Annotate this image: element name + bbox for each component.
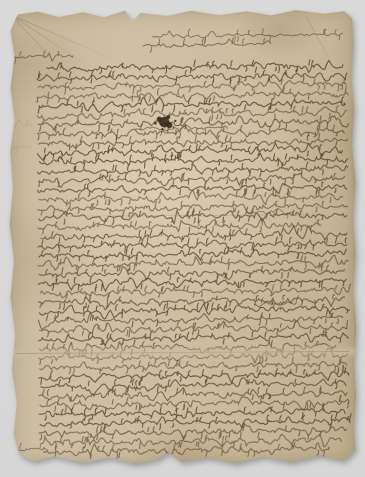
manuscript-photo (7, 8, 358, 466)
handwriting-layer (7, 8, 358, 466)
body-script-lines (36, 59, 352, 459)
faint-margin-marks (10, 120, 32, 153)
photo-background (0, 0, 365, 477)
manuscript-page (7, 8, 358, 466)
latin-dating-clause-script (143, 28, 343, 53)
